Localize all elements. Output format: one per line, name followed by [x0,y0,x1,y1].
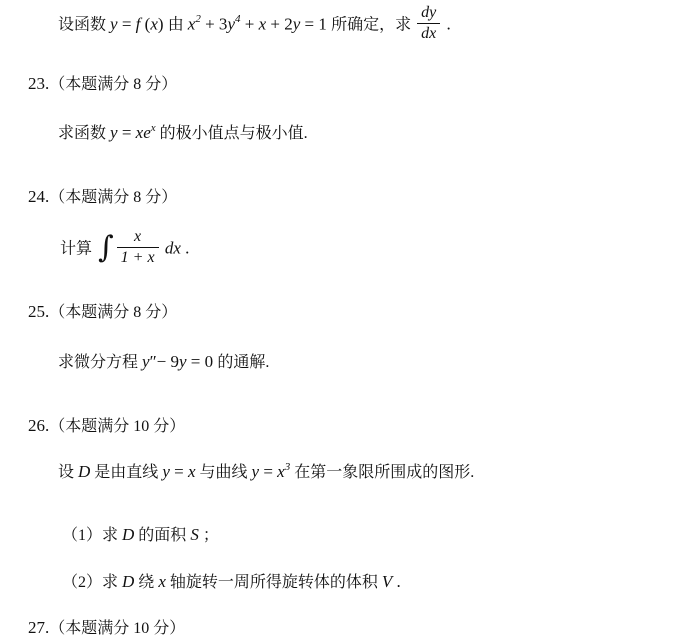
math-run: ( [140,15,150,34]
text-run: 轴旋转一周所得旋转体的体积 [166,574,382,591]
text-run: 求微分方程 [58,354,142,371]
q26-statement: 设 D 是由直线 y = x 与曲线 y = x3 在第一象限所围成的图形. [58,461,474,483]
math-run: x [259,15,267,34]
q26-part-2: （2）求 D 绕 x 轴旋转一周所得旋转体的体积 V . [62,571,401,593]
math-run: y [110,15,118,34]
q25-statement: 求微分方程 y″− 9y = 0 的通解. [58,351,269,373]
math-run: 26. [28,416,49,435]
q27-heading: 27.（本题满分 10 分） [28,617,185,637]
text-run: 是由直线 [90,464,162,481]
text-run: 的极小值点与极小值. [156,125,308,142]
text-run: 所确定，求 [331,17,415,34]
math-run: ″− 9 [150,352,179,371]
text-run: 求函数 [58,125,110,142]
math-run: = 0 [187,352,218,371]
math-run: x [188,462,196,481]
text-run: 计算 [60,241,96,258]
math-run: + 3 [201,15,228,34]
math-run: + 2 [266,15,293,34]
fraction: dydx [417,4,440,44]
text-run: （本题满分 8 分） [49,304,177,321]
math-run: . [181,239,190,258]
text-run: （本题满分 8 分） [49,189,177,206]
text-run: 的通解. [217,354,269,371]
math-run: y [252,462,260,481]
integral-sign: ∫ [98,230,114,265]
superscript: 4 [235,13,241,25]
math-run: 27. [28,618,49,637]
math-run: dx [161,239,181,258]
math-run: xe [136,123,151,142]
math-run: D [122,525,134,544]
math-run: x [277,462,285,481]
math-run: = 1 [300,15,331,34]
math-run: = [118,123,136,142]
math-run: y [142,352,150,371]
math-run: . [442,15,451,34]
math-run: y [179,352,187,371]
math-run: S [190,525,199,544]
math-run: 23. [28,74,49,93]
math-run: . [392,572,401,591]
exam-document-page: 设函数 y = f (x) 由 x2 + 3y4 + x + 2y = 1 所确… [0,0,700,637]
text-run: （本题满分 8 分） [49,76,177,93]
math-run: y [162,462,170,481]
math-run: D [78,462,90,481]
text-run: （1）求 [62,527,122,544]
fraction-numerator: x [117,228,159,248]
text-run: 绕 [134,574,158,591]
math-run: = [170,462,188,481]
q22-implicit-derivative-statement: 设函数 y = f (x) 由 x2 + 3y4 + x + 2y = 1 所确… [58,6,451,46]
math-run: ) [158,15,168,34]
text-run: 的面积 [134,527,190,544]
fraction-numerator: dy [417,4,440,24]
q26-part-1: （1）求 D 的面积 S ； [62,524,219,546]
math-run: y [110,123,118,142]
fraction-denominator: 1 + x [117,248,159,267]
text-run: 由 [168,17,188,34]
fraction: x1 + x [117,228,159,268]
text-run: （本题满分 10 分） [49,620,185,637]
math-run: + [240,15,258,34]
superscript: 2 [195,13,201,25]
text-run: （本题满分 10 分） [49,418,185,435]
math-run: 24. [28,187,49,206]
superscript: x [151,122,156,134]
math-run: = [259,462,277,481]
text-run: ； [199,527,219,544]
q26-heading: 26.（本题满分 10 分） [28,415,185,437]
q24-statement: 计算 ∫x1 + x dx . [60,230,189,270]
q23-statement: 求函数 y = xex 的极小值点与极小值. [58,122,308,144]
math-run: D [122,572,134,591]
text-run: 设 [58,464,78,481]
fraction-denominator: dx [417,24,440,43]
text-run: 设函数 [58,17,110,34]
q23-heading: 23.（本题满分 8 分） [28,73,177,95]
text-run: 与曲线 [196,464,252,481]
math-run: x [158,572,166,591]
math-run: = [118,15,136,34]
text-run: 在第一象限所围成的图形. [290,464,474,481]
q25-heading: 25.（本题满分 8 分） [28,301,177,323]
math-run: V [382,572,392,591]
math-run: 25. [28,302,49,321]
superscript: 3 [285,461,291,473]
math-run: x [150,15,158,34]
q24-heading: 24.（本题满分 8 分） [28,186,177,208]
text-run: （2）求 [62,574,122,591]
math-run: y [227,15,235,34]
